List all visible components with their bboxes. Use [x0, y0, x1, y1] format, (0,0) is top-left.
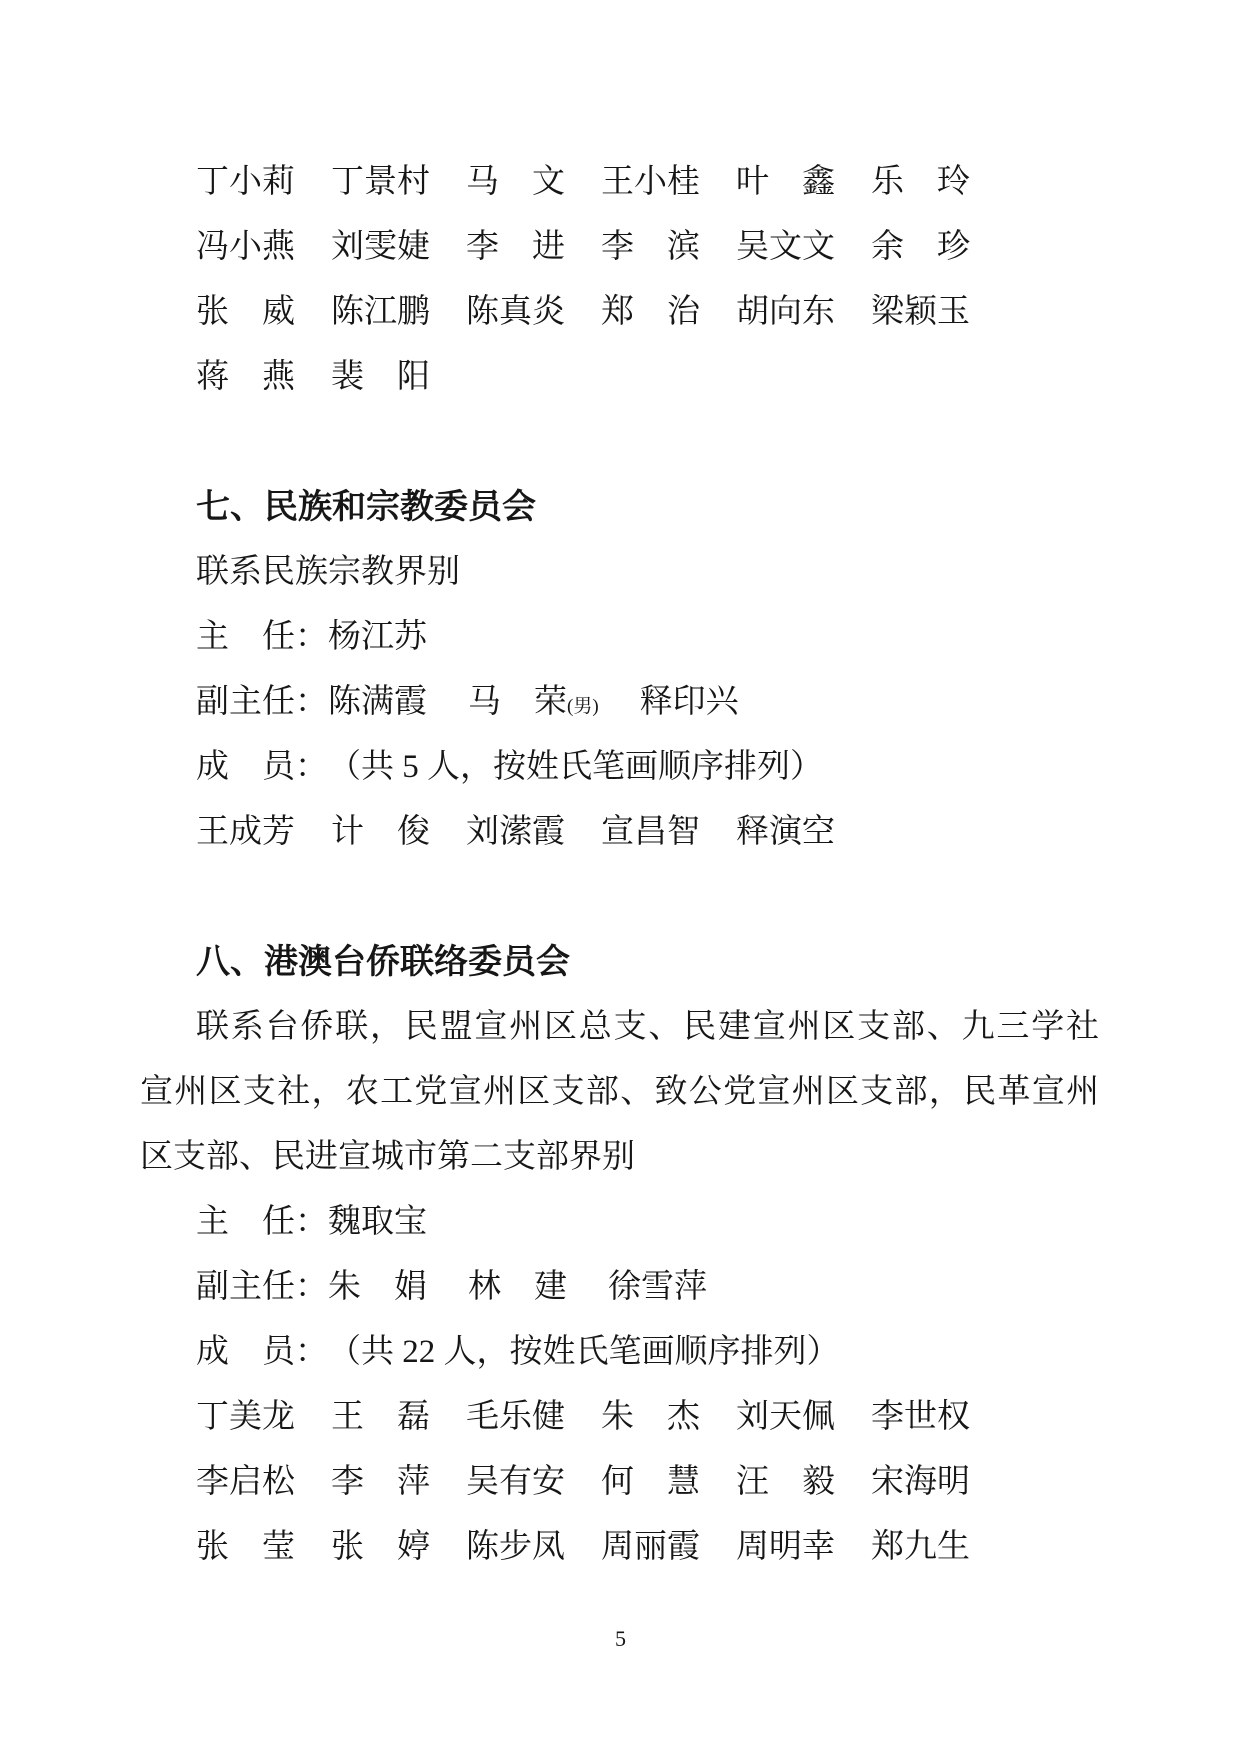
member-name: 周明幸: [736, 1515, 836, 1580]
members-note: （共 22 人，按姓氏笔画顺序排列）: [328, 1320, 840, 1385]
section-eight-scope-line: 宣州区支社，农工党宣州区支部、致公党宣州区支部，民革宣州: [140, 1060, 1101, 1125]
member-row: 丁美龙王 磊毛乐健朱 杰刘天佩李世权: [140, 1385, 1101, 1450]
member-name: 王小桂: [601, 150, 701, 215]
chair-line: 主 任：杨江苏: [140, 605, 1101, 670]
member-name: 周丽霞: [601, 1515, 701, 1580]
member-name: 王成芳: [196, 800, 296, 865]
member-name: 李 进: [466, 215, 566, 280]
member-name: 叶 鑫: [736, 150, 836, 215]
member-name: 蒋 燕: [196, 345, 296, 410]
member-name: 丁小莉: [196, 150, 296, 215]
member-name: 李启松: [196, 1450, 296, 1515]
vice-chair-name: 释印兴: [640, 670, 739, 735]
member-name: 刘雯婕: [331, 215, 431, 280]
member-row: 王成芳计 俊刘潆霞宣昌智释演空: [140, 800, 1101, 865]
member-row: 李启松李 萍吴有安何 慧汪 毅宋海明: [140, 1450, 1101, 1515]
member-name: 裴 阳: [331, 345, 431, 410]
document-page: 丁小莉丁景村马 文王小桂叶 鑫乐 玲 冯小燕刘雯婕李 进李 滨吴文文余 珍 张 …: [0, 0, 1241, 1754]
member-name: 丁景村: [331, 150, 431, 215]
vice-chair-name: 徐雪萍: [608, 1255, 707, 1320]
member-name: 汪 毅: [736, 1450, 836, 1515]
member-name: 郑 治: [601, 280, 701, 345]
section-eight-scope-line: 联系台侨联，民盟宣州区总支、民建宣州区支部、九三学社: [140, 995, 1101, 1060]
members-line: 成 员：（共 22 人，按姓氏笔画顺序排列）: [140, 1320, 1101, 1385]
member-name: 刘天佩: [736, 1385, 836, 1450]
member-row: 张 威陈江鹏陈真炎郑 治胡向东梁颖玉: [140, 280, 1101, 345]
member-name: 王 磊: [331, 1385, 431, 1450]
member-row: 丁小莉丁景村马 文王小桂叶 鑫乐 玲: [140, 150, 1101, 215]
spacer: [140, 865, 1101, 930]
member-row: 冯小燕刘雯婕李 进李 滨吴文文余 珍: [140, 215, 1101, 280]
member-name: 马 文: [466, 150, 566, 215]
chair-label: 主 任：: [196, 605, 328, 670]
member-name: 陈步凤: [466, 1515, 566, 1580]
member-name: 梁颖玉: [871, 280, 971, 345]
chair-label: 主 任：: [196, 1190, 328, 1255]
page-number: 5: [140, 1622, 1101, 1656]
member-name: 余 珍: [871, 215, 971, 280]
members-line: 成 员：（共 5 人，按姓氏笔画顺序排列）: [140, 735, 1101, 800]
vice-chair-label: 副主任：: [196, 670, 328, 735]
member-name: 李世权: [871, 1385, 971, 1450]
member-name: 李 萍: [331, 1450, 431, 1515]
gender-note: (男): [567, 696, 599, 717]
section-eight-scope-line: 区支部、民进宣城市第二支部界别: [140, 1125, 1101, 1190]
section-seven-heading: 七、民族和宗教委员会: [140, 475, 1101, 540]
member-name: 吴文文: [736, 215, 836, 280]
member-name: 张 婷: [331, 1515, 431, 1580]
member-name: 乐 玲: [871, 150, 971, 215]
member-name: 张 威: [196, 280, 296, 345]
member-name: 胡向东: [736, 280, 836, 345]
member-name: 吴有安: [466, 1450, 566, 1515]
vice-chair-line: 副主任：陈满霞马 荣(男)释印兴: [140, 670, 1101, 735]
vice-chair-name: 林 建: [468, 1255, 567, 1320]
member-name: 丁美龙: [196, 1385, 296, 1450]
member-row: 蒋 燕裴 阳: [140, 345, 1101, 410]
chair-line: 主 任：魏取宝: [140, 1190, 1101, 1255]
members-label: 成 员：: [196, 735, 328, 800]
member-name: 刘潆霞: [466, 800, 566, 865]
members-note: （共 5 人，按姓氏笔画顺序排列）: [328, 735, 823, 800]
member-name: 毛乐健: [466, 1385, 566, 1450]
chair-name: 杨江苏: [328, 605, 427, 670]
section-eight-heading: 八、港澳台侨联络委员会: [140, 930, 1101, 995]
vice-chair-line: 副主任：朱 娟林 建徐雪萍: [140, 1255, 1101, 1320]
vice-chair-name: 朱 娟: [328, 1255, 427, 1320]
member-name: 朱 杰: [601, 1385, 701, 1450]
vice-chair-name-text: 马 荣: [468, 684, 567, 720]
member-name: 陈真炎: [466, 280, 566, 345]
member-name: 李 滨: [601, 215, 701, 280]
member-name: 张 莹: [196, 1515, 296, 1580]
spacer: [140, 410, 1101, 475]
member-name: 何 慧: [601, 1450, 701, 1515]
document-body: 丁小莉丁景村马 文王小桂叶 鑫乐 玲 冯小燕刘雯婕李 进李 滨吴文文余 珍 张 …: [140, 150, 1101, 1580]
section-seven-scope: 联系民族宗教界别: [140, 540, 1101, 605]
member-name: 陈江鹏: [331, 280, 431, 345]
vice-chair-label: 副主任：: [196, 1255, 328, 1320]
member-name: 宋海明: [871, 1450, 971, 1515]
members-label: 成 员：: [196, 1320, 328, 1385]
member-name: 冯小燕: [196, 215, 296, 280]
member-name: 释演空: [736, 800, 836, 865]
chair-name: 魏取宝: [328, 1190, 427, 1255]
member-name: 计 俊: [331, 800, 431, 865]
vice-chair-name: 马 荣(男): [468, 670, 599, 735]
vice-chair-name: 陈满霞: [328, 670, 427, 735]
member-row: 张 莹张 婷陈步凤周丽霞周明幸郑九生: [140, 1515, 1101, 1580]
member-name: 郑九生: [871, 1515, 971, 1580]
member-name: 宣昌智: [601, 800, 701, 865]
